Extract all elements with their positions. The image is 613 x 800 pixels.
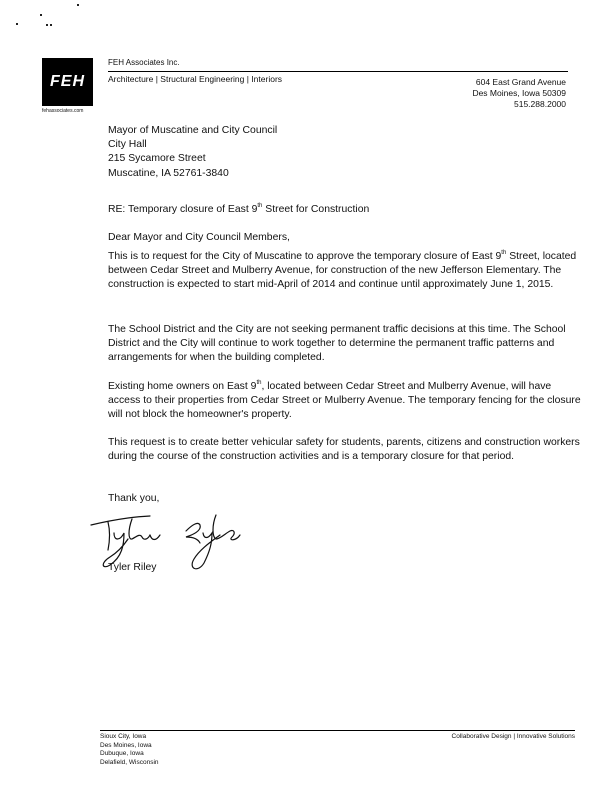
footer-rule: [100, 730, 575, 731]
paragraph-text: Existing home owners on East 9: [108, 381, 256, 392]
scan-speck: [46, 24, 48, 26]
salutation: Dear Mayor and City Council Members,: [108, 231, 290, 245]
header-rule: [108, 71, 568, 72]
recipient-line: 215 Sycamore Street: [108, 152, 277, 166]
firm-tagline: Architecture | Structural Engineering | …: [108, 74, 282, 84]
phone-number: 515.288.2000: [472, 99, 566, 110]
footer-office-locations: Sioux City, Iowa Des Moines, Iowa Dubuqu…: [100, 733, 159, 767]
signer-name: Tyler Riley: [108, 562, 157, 573]
recipient-line: Mayor of Muscatine and City Council: [108, 124, 277, 138]
paragraph-safety: This request is to create better vehicul…: [108, 436, 583, 464]
subject-text: RE: Temporary closure of East 9: [108, 204, 257, 215]
paragraph-traffic: The School District and the City are not…: [108, 323, 583, 366]
logo-text: FEH: [50, 73, 85, 91]
office-location: Sioux City, Iowa: [100, 733, 159, 742]
recipient-line: Muscatine, IA 52761-3840: [108, 167, 277, 181]
office-location: Delafield, Wisconsin: [100, 759, 159, 768]
scan-speck: [77, 4, 79, 6]
scan-speck: [50, 24, 52, 26]
recipient-block: Mayor of Muscatine and City Council City…: [108, 124, 277, 181]
firm-address: 604 East Grand Avenue Des Moines, Iowa 5…: [472, 77, 566, 110]
firm-name: FEH Associates Inc.: [108, 58, 180, 67]
logo-website: fehassociates.com: [42, 108, 83, 114]
office-location: Des Moines, Iowa: [100, 742, 159, 751]
address-line: 604 East Grand Avenue: [472, 77, 566, 88]
feh-logo: FEH: [42, 58, 93, 106]
address-line: Des Moines, Iowa 50309: [472, 88, 566, 99]
subject-line: RE: Temporary closure of East 9th Street…: [108, 203, 369, 217]
paragraph-homeowners: Existing home owners on East 9th, locate…: [108, 380, 583, 423]
footer-tagline: Collaborative Design | Innovative Soluti…: [452, 733, 575, 740]
scan-speck: [16, 23, 18, 25]
scan-speck: [40, 14, 42, 16]
paragraph-text: This is to request for the City of Musca…: [108, 251, 501, 262]
office-location: Dubuque, Iowa: [100, 750, 159, 759]
paragraph-request: This is to request for the City of Musca…: [108, 250, 583, 293]
subject-text: Street for Construction: [262, 204, 369, 215]
recipient-line: City Hall: [108, 138, 277, 152]
